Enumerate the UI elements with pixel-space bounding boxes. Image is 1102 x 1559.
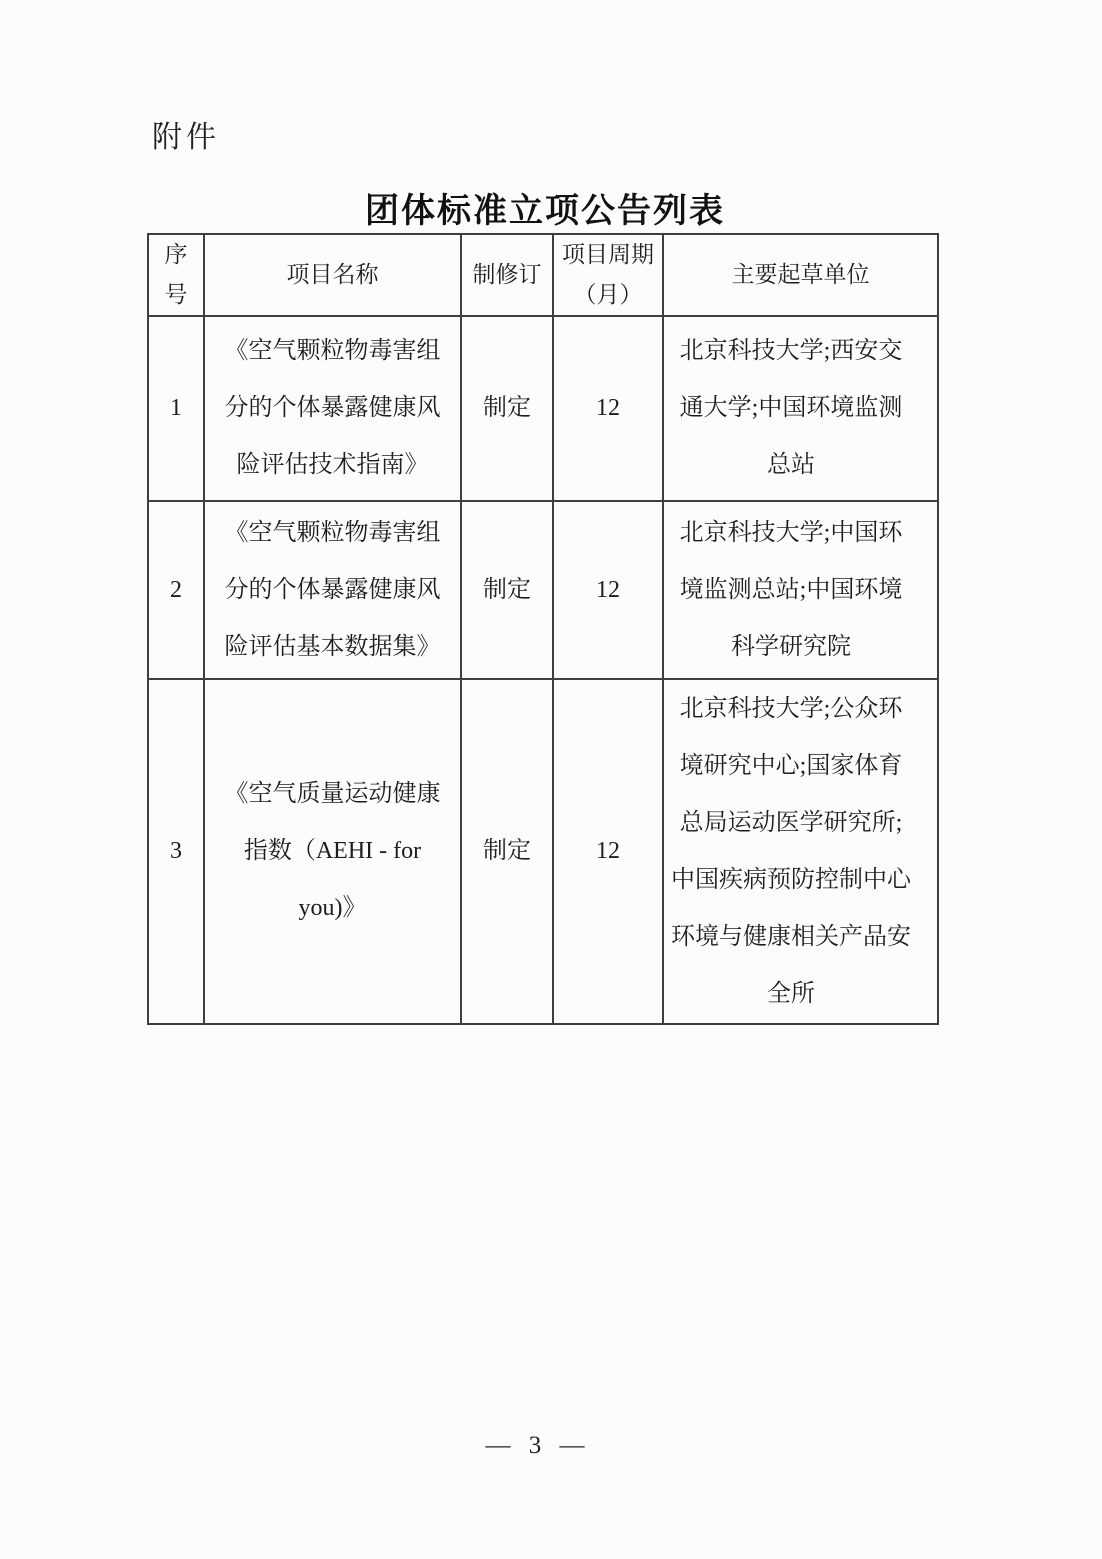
col-header-name: 项目名称: [204, 234, 461, 316]
col-header-revision: 制修订: [461, 234, 553, 316]
cell-index: 3: [148, 679, 204, 1024]
table-header-row: 序号 项目名称 制修订 项目周期（月） 主要起草单位: [148, 234, 938, 316]
document-page: 附件 团体标准立项公告列表 序号 项目名称 制修订 项目周期（月） 主要起草单位: [0, 0, 1102, 1559]
cell-index: 2: [148, 501, 204, 679]
cell-period: 12: [553, 316, 663, 501]
standards-table-container: 序号 项目名称 制修订 项目周期（月） 主要起草单位 1 《空气颗粒物毒害组分的…: [147, 233, 937, 1025]
cell-project-name: 《空气颗粒物毒害组分的个体暴露健康风险评估技术指南》: [204, 316, 461, 501]
cell-revision: 制定: [461, 501, 553, 679]
page-title: 团体标准立项公告列表: [0, 183, 1090, 232]
cell-period: 12: [553, 501, 663, 679]
col-header-units: 主要起草单位: [663, 234, 938, 316]
cell-units: 北京科技大学;西安交通大学;中国环境监测总站: [663, 316, 938, 501]
cell-units: 北京科技大学;中国环境监测总站;中国环境科学研究院: [663, 501, 938, 679]
cell-project-name: 《空气质量运动健康指数（AEHI - for you)》: [204, 679, 461, 1024]
attachment-label: 附件: [152, 112, 220, 156]
table-row: 1 《空气颗粒物毒害组分的个体暴露健康风险评估技术指南》 制定 12 北京科技大…: [148, 316, 938, 501]
page-number: — 3 —: [0, 1432, 1070, 1460]
table-row: 2 《空气颗粒物毒害组分的个体暴露健康风险评估基本数据集》 制定 12 北京科技…: [148, 501, 938, 679]
col-header-index: 序号: [148, 234, 204, 316]
cell-revision: 制定: [461, 679, 553, 1024]
cell-index: 1: [148, 316, 204, 501]
cell-period: 12: [553, 679, 663, 1024]
standards-table: 序号 项目名称 制修订 项目周期（月） 主要起草单位 1 《空气颗粒物毒害组分的…: [147, 233, 939, 1025]
cell-units: 北京科技大学;公众环境研究中心;国家体育总局运动医学研究所;中国疾病预防控制中心…: [663, 679, 938, 1024]
cell-revision: 制定: [461, 316, 553, 501]
col-header-period: 项目周期（月）: [553, 234, 663, 316]
table-row: 3 《空气质量运动健康指数（AEHI - for you)》 制定 12 北京科…: [148, 679, 938, 1024]
cell-project-name: 《空气颗粒物毒害组分的个体暴露健康风险评估基本数据集》: [204, 501, 461, 679]
